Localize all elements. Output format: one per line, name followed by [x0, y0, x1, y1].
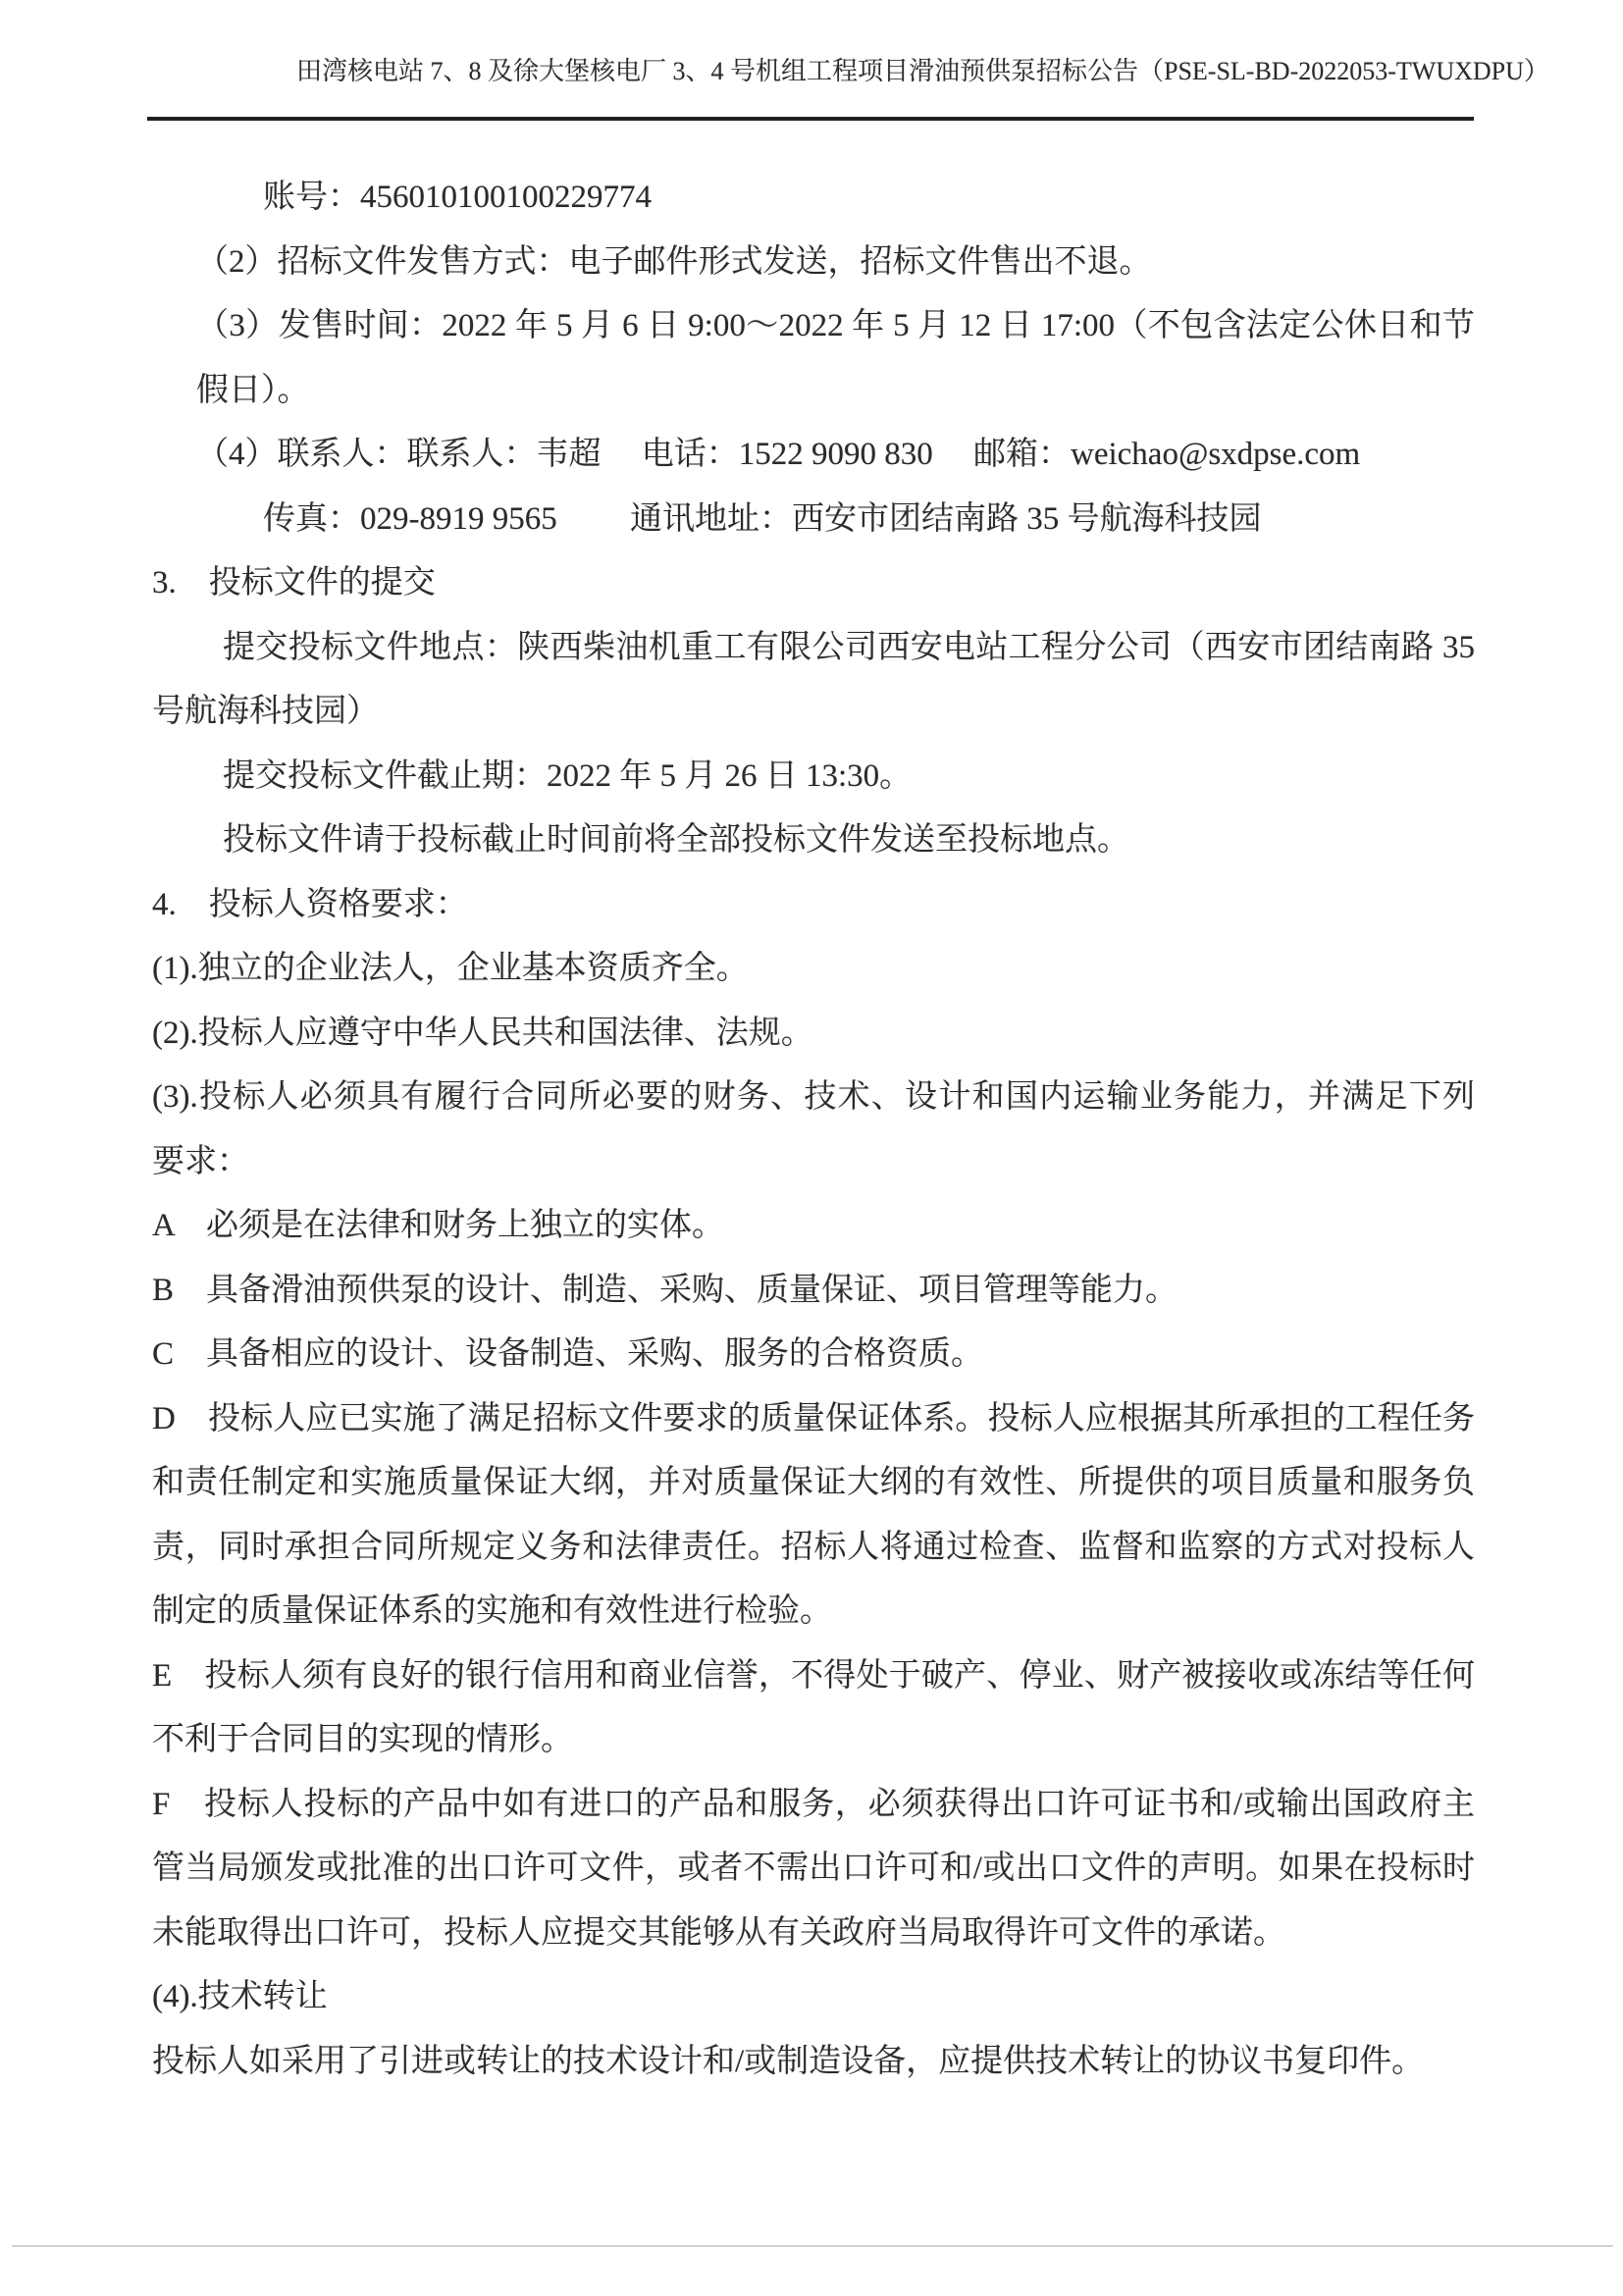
footer-rule — [12, 2245, 1613, 2247]
text-line: 投标文件请于投标截止时间前将全部投标文件发送至投标地点。 — [223, 819, 1129, 861]
text-line: 不利于合同目的实现的情形。 — [152, 1719, 573, 1760]
text-line: 责，同时承担合同所规定义务和法律责任。招标人将通过检查、监督和监察的方式对投标人 — [152, 1527, 1475, 1568]
text-line: E 投标人须有良好的银行信用和商业信誉，不得处于破产、停业、财产被接收或冻结等任… — [152, 1655, 1475, 1696]
text-line: 管当局颁发或批准的出口许可文件，或者不需出口许可和/或出口文件的声明。如果在投标… — [152, 1848, 1475, 1889]
document-body: 账号：456010100100229774（2）招标文件发售方式：电子邮件形式发… — [0, 0, 1623, 2296]
text-line: (2).投标人应遵守中华人民共和国法律、法规。 — [152, 1013, 813, 1054]
text-line: 账号：456010100100229774 — [263, 177, 652, 218]
text-line: A 必须是在法律和财务上独立的实体。 — [152, 1205, 724, 1246]
text-line: 3. 投标文件的提交 — [152, 562, 436, 603]
text-line: 和责任制定和实施质量保证大纲，并对质量保证大纲的有效性、所提供的项目质量和服务负 — [152, 1462, 1475, 1503]
text-line: （2）招标文件发售方式：电子邮件形式发送，招标文件售出不退。 — [196, 241, 1152, 283]
document-page: 田湾核电站 7、8 及徐大堡核电厂 3、4 号机组工程项目滑油预供泵招标公告（P… — [0, 0, 1623, 2296]
text-line: 4. 投标人资格要求： — [152, 884, 468, 925]
text-line: 提交投标文件地点：陕西柴油机重工有限公司西安电站工程分公司（西安市团结南路 35 — [223, 627, 1475, 668]
text-line: (4).技术转让 — [152, 1976, 328, 2017]
text-line: 要求： — [152, 1141, 249, 1182]
text-line: F 投标人投标的产品中如有进口的产品和服务，必须获得出口许可证书和/或输出国政府… — [152, 1784, 1475, 1825]
text-line: 投标人如采用了引进或转让的技术设计和/或制造设备，应提供技术转让的协议书复印件。 — [152, 2041, 1424, 2082]
text-line: 假日）。 — [196, 370, 310, 411]
text-line: 号航海科技园） — [152, 691, 379, 732]
text-line: 提交投标文件截止期：2022 年 5 月 26 日 13:30。 — [223, 756, 912, 797]
text-line: 未能取得出口许可，投标人应提交其能够从有关政府当局取得许可文件的承诺。 — [152, 1912, 1285, 1954]
text-line: (1).独立的企业法人，企业基本资质齐全。 — [152, 948, 749, 989]
text-line: （4）联系人：联系人：韦超 电话：1522 9090 830 邮箱：weicha… — [196, 434, 1360, 475]
text-line: 制定的质量保证体系的实施和有效性进行检验。 — [152, 1591, 832, 1632]
text-line: (3).投标人必须具有履行合同所必要的财务、技术、设计和国内运输业务能力，并满足… — [152, 1076, 1475, 1118]
text-line: C 具备相应的设计、设备制造、采购、服务的合格资质。 — [152, 1333, 983, 1375]
text-line: 传真：029-8919 9565 通讯地址：西安市团结南路 35 号航海科技园 — [263, 498, 1262, 540]
text-line: B 具备滑油预供泵的设计、制造、采购、质量保证、项目管理等能力。 — [152, 1270, 1178, 1311]
text-line: （3）发售时间：2022 年 5 月 6 日 9:00～2022 年 5 月 1… — [196, 305, 1475, 346]
text-line: D 投标人应已实施了满足招标文件要求的质量保证体系。投标人应根据其所承担的工程任… — [152, 1398, 1475, 1439]
